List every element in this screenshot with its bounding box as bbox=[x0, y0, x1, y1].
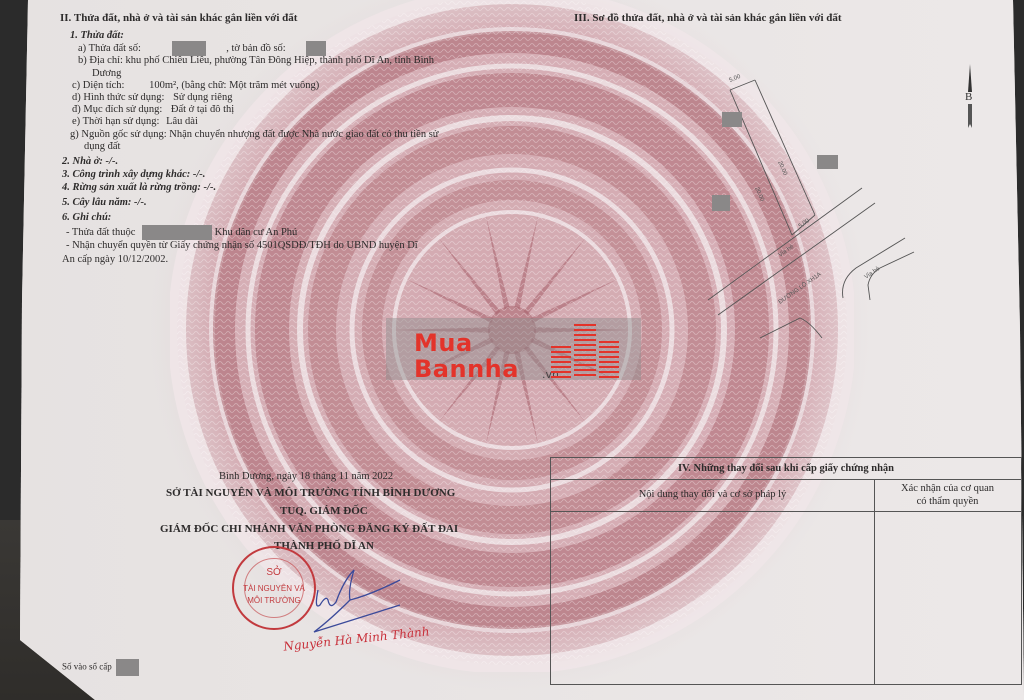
note1-row: - Thửa đất thuộc Khu dân cư An Phú bbox=[66, 225, 297, 240]
column-divider bbox=[874, 479, 875, 684]
usage-form-value: Sử dụng riêng bbox=[173, 92, 232, 103]
usage-term-value: Lâu dài bbox=[166, 116, 198, 127]
parcel-sketch: 5,00 20,00 20,00 5,00 Vỉa hè ĐƯỜNG LÔ XH… bbox=[700, 60, 1000, 340]
director-title: GIÁM ĐỐC CHI NHÁNH VĂN PHÒNG ĐĂNG KÝ ĐẤT… bbox=[160, 523, 458, 536]
item2-house: 2. Nhà ở: -/-. bbox=[62, 155, 118, 168]
note2-line2: An cấp ngày 10/12/2002. bbox=[62, 253, 168, 266]
item3-other-works: 3. Công trình xây dựng khác: -/-. bbox=[62, 168, 205, 181]
logo-line2: Bannha bbox=[414, 358, 519, 380]
item6-notes-title: 6. Ghi chú: bbox=[62, 211, 111, 224]
usage-form-label: d) Hình thức sử dụng: bbox=[72, 92, 164, 103]
issuing-department: SỞ TÀI NGUYÊN VÀ MÔI TRƯỜNG TỈNH BÌNH DƯ… bbox=[166, 487, 455, 500]
item4-production-forest: 4. Rừng sản xuất là rừng trồng: -/-. bbox=[62, 181, 216, 194]
building-icon bbox=[551, 322, 619, 380]
north-label: B bbox=[965, 91, 972, 103]
dim-length-right: 20,00 bbox=[776, 160, 788, 177]
usage-origin-line1: g) Nguồn gốc sử dụng: Nhận chuyển nhượng… bbox=[70, 128, 439, 141]
note1-suffix: Khu dân cư An Phú bbox=[215, 227, 298, 238]
redacted-project-name bbox=[142, 225, 212, 240]
road-label: ĐƯỜNG LÔ XH1A bbox=[777, 271, 822, 306]
register-label: Số vào sổ cấp bbox=[62, 662, 112, 672]
section4-title: IV. Những thay đổi sau khi cấp giấy chứn… bbox=[551, 462, 1021, 475]
note1-prefix: - Thửa đất thuộc bbox=[66, 227, 135, 238]
area-label: c) Diện tích: bbox=[72, 80, 124, 91]
redacted-neighbor-3 bbox=[712, 195, 730, 211]
north-arrow-icon: B bbox=[962, 64, 978, 130]
tuq-director: TUQ. GIÁM ĐỐC bbox=[280, 505, 368, 518]
sidewalk-label-right: Vỉa hè bbox=[863, 265, 881, 281]
section3-title: III. Sơ đồ thửa đất, nhà ở và tài sản kh… bbox=[574, 12, 842, 25]
usage-term-label: e) Thời hạn sử dụng: bbox=[72, 116, 159, 127]
column-authority-line1: Xác nhận của cơ quan bbox=[874, 482, 1021, 495]
usage-origin-line2: dụng đất bbox=[84, 140, 120, 153]
redacted-register-number bbox=[116, 659, 139, 676]
land-certificate-page: II. Thửa đất, nhà ở và tài sản khác gắn … bbox=[0, 0, 1024, 700]
changes-table-title-row: IV. Những thay đổi sau khi cấp giấy chứn… bbox=[551, 458, 1021, 480]
usage-purpose-label: đ) Mục đích sử dụng: bbox=[72, 104, 162, 115]
dim-length-left: 20,00 bbox=[753, 186, 765, 203]
changes-table-header-row: Nội dung thay đổi và cơ sở pháp lý Xác n… bbox=[551, 479, 1021, 512]
column-change-content: Nội dung thay đổi và cơ sở pháp lý bbox=[551, 488, 874, 501]
watermark-logo: Mua Bannha .vn bbox=[386, 318, 641, 380]
item5-perennial-trees: 5. Cây lâu năm: -/-. bbox=[62, 196, 147, 209]
column-authority-line2: có thẩm quyền bbox=[874, 495, 1021, 508]
changes-table: IV. Những thay đổi sau khi cấp giấy chứn… bbox=[550, 457, 1022, 685]
area-value: 100m², (bằng chữ: Một trăm mét vuông) bbox=[149, 80, 319, 91]
column-authority-confirmation: Xác nhận của cơ quan có thẩm quyền bbox=[874, 482, 1021, 508]
sidewalk-label-left: Vỉa hè bbox=[777, 243, 795, 259]
logo-line1: Mua bbox=[414, 332, 473, 354]
usage-term-row: e) Thời hạn sử dụng: Lâu dài bbox=[72, 115, 198, 128]
address-line1: b) Địa chỉ: khu phố Chiêu Liêu, phường T… bbox=[78, 54, 434, 67]
map-sheet-label: , tờ bản đồ số: bbox=[226, 43, 286, 54]
issue-date: Bình Dương, ngày 18 tháng 11 năm 2022 bbox=[219, 470, 393, 483]
parcel-number-label: a) Thửa đất số: bbox=[78, 43, 141, 54]
dim-width: 5,00 bbox=[729, 74, 743, 84]
note2-line1: - Nhận chuyển quyền từ Giấy chứng nhận s… bbox=[66, 239, 418, 252]
redacted-neighbor-1 bbox=[722, 112, 742, 127]
register-row: Số vào sổ cấp bbox=[62, 659, 139, 676]
redacted-neighbor-2 bbox=[817, 155, 838, 169]
usage-purpose-value: Đất ở tại đô thị bbox=[171, 104, 234, 115]
section2-title: II. Thửa đất, nhà ở và tài sản khác gắn … bbox=[60, 12, 297, 25]
